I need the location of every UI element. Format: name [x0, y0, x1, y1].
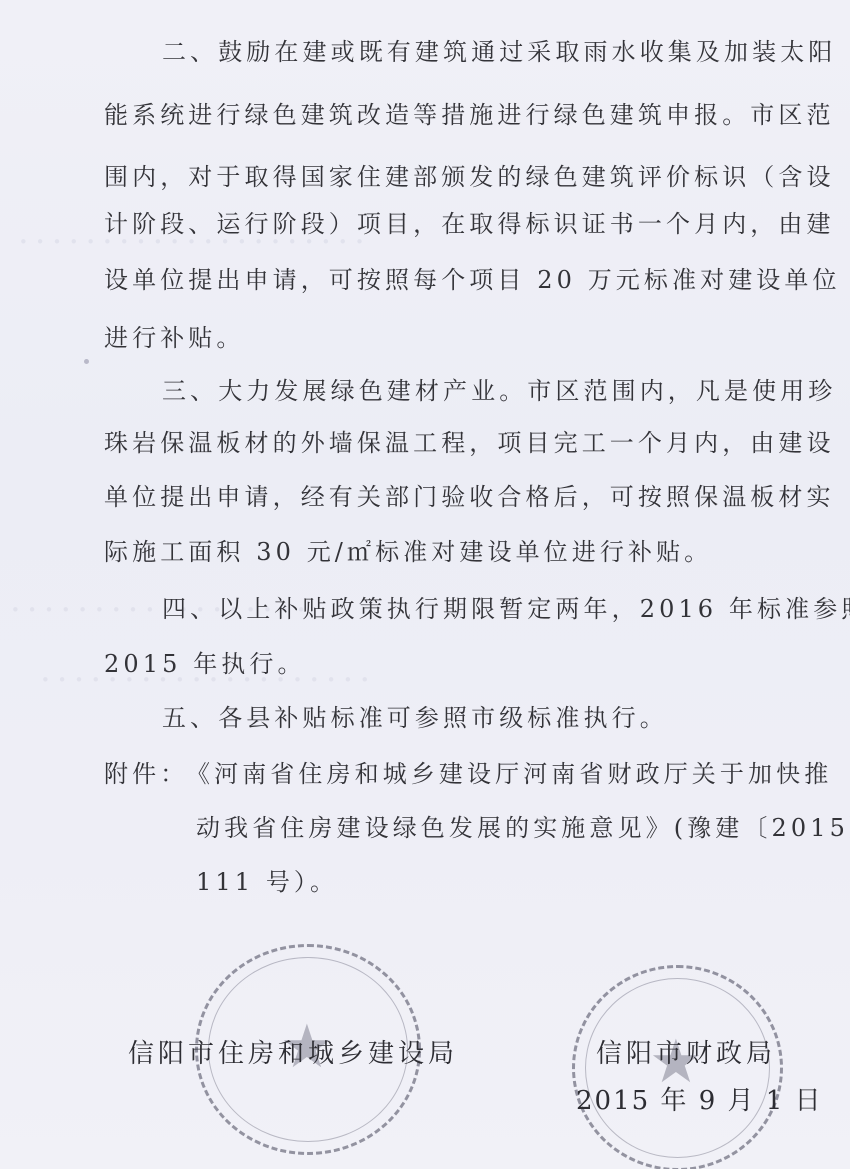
signatory-housing-bureau: 信阳市住房和城乡建设局	[128, 1033, 458, 1070]
paragraph-3-line-1: 三、大力发展绿色建材产业。市区范围内，凡是使用珍	[162, 379, 836, 403]
paragraph-2-line-1: 二、鼓励在建或既有建筑通过采取雨水收集及加装太阳	[162, 40, 836, 64]
paragraph-2-line-5: 设单位提出申请，可按照每个项目 20 万元标准对建设单位	[104, 268, 841, 292]
attachment-line-1: 《河南省住房和城乡建设厅河南省财政厅关于加快推	[186, 762, 832, 786]
paragraph-2-line-3: 围内，对于取得国家住建部颁发的绿色建筑评价标识（含设	[104, 165, 835, 189]
issue-date: 2015 年 9 月 1 日	[576, 1080, 823, 1117]
scan-speck	[84, 359, 89, 364]
attachment-line-2: 动我省住房建设绿色发展的实施意见》(豫建〔2015〕	[196, 816, 850, 840]
paragraph-4-line-2: 2015 年执行。	[104, 652, 306, 676]
paragraph-2-line-6: 进行补贴。	[104, 326, 245, 350]
attachment-label: 附件：	[104, 762, 188, 786]
paragraph-3-line-2: 珠岩保温板材的外墙保温工程，项目完工一个月内，由建设	[104, 431, 835, 455]
paragraph-2-line-4: 计阶段、运行阶段）项目，在取得标识证书一个月内，由建	[104, 212, 835, 236]
paragraph-5-line-1: 五、各县补贴标准可参照市级标准执行。	[162, 706, 668, 730]
attachment-line-3: 111 号）。	[196, 870, 338, 894]
paragraph-3-line-3: 单位提出申请，经有关部门验收合格后，可按照保温板材实	[104, 485, 835, 509]
paragraph-2-line-2: 能系统进行绿色建筑改造等措施进行绿色建筑申报。市区范	[104, 103, 835, 127]
paragraph-4-line-1: 四、以上补贴政策执行期限暂定两年，2016 年标准参照	[162, 597, 850, 621]
paragraph-3-line-4: 际施工面积 30 元/㎡标准对建设单位进行补贴。	[104, 540, 712, 564]
signatory-finance-bureau: 信阳市财政局	[596, 1033, 776, 1070]
scanned-document-page: ····················· ··················…	[0, 0, 850, 1169]
